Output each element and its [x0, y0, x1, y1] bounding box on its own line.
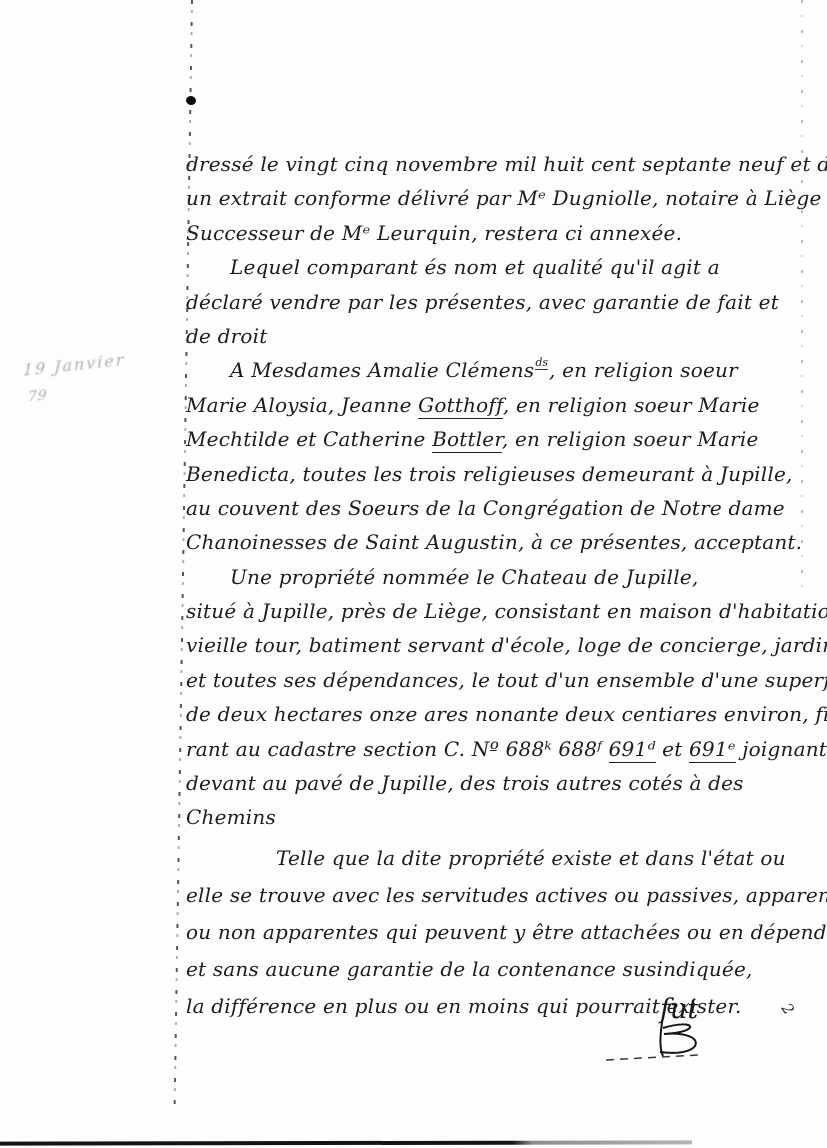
insertion-mark: ds — [535, 356, 548, 370]
manuscript-text: dressé le vingt cinq novembre mil huit c… — [186, 152, 806, 1031]
scanned-document-page: { "document": { "ink_color": "#1d1d1d", … — [0, 0, 827, 1148]
page-scan: 19 Janvier 79 dressé le vingt cinq novem… — [0, 0, 827, 1148]
text-line: Lequel comparant és nom et qualité qu'il… — [186, 255, 806, 289]
text-line: et sans aucune garantie de la contenance… — [186, 957, 806, 994]
scan-artifact-bottom — [0, 1140, 692, 1145]
text-line: dressé le vingt cinq novembre mil huit c… — [186, 152, 806, 186]
margin-note-line2: 79 — [28, 372, 192, 405]
text-line: Successeur de Mᵉ Leurquin, restera ci an… — [186, 221, 806, 255]
text-line: Marie Aloysia, Jeanne Gotthoff, en relig… — [186, 393, 806, 427]
text-line: Telle que la dite propriété existe et da… — [186, 846, 806, 883]
text-segment: joignant — [736, 737, 827, 761]
text-segment: , en religion soeur Marie — [503, 393, 760, 417]
text-line: déclaré vendre par les présentes, avec g… — [186, 290, 806, 324]
text-segment: et — [656, 737, 689, 761]
text-line: ou non apparentes qui peuvent y être att… — [186, 920, 806, 957]
underlined-name: Gotthoff — [418, 393, 503, 419]
text-line: Chemins — [186, 805, 806, 839]
text-line: de droit — [186, 324, 806, 358]
text-line: et toutes ses dépendances, le tout d'un … — [186, 668, 806, 702]
text-line: A Mesdames Amalie Clémensds, en religion… — [186, 358, 806, 392]
underlined-parcel: 691ᵈ — [609, 737, 656, 763]
text-segment: , en religion soeur — [549, 358, 738, 382]
underlined-parcel: 691ᵉ — [689, 737, 736, 763]
underlined-name: Bottler — [432, 427, 502, 453]
signature-paraph: fut — [598, 992, 758, 1078]
margin-note: 19 Janvier 79 — [22, 343, 193, 406]
text-line: rant au cadastre section C. Nº 688ᵏ 688ᶠ… — [186, 737, 806, 771]
text-line: Benedicta, toutes les trois religieuses … — [186, 462, 806, 496]
text-line: devant au pavé de Jupille, des trois aut… — [186, 771, 806, 805]
text-segment: Marie Aloysia, Jeanne — [186, 393, 418, 417]
text-segment: Mechtilde et Catherine — [186, 427, 432, 451]
text-line: de deux hectares onze ares nonante deux … — [186, 702, 806, 736]
text-line: un extrait conforme délivré par Mᵉ Dugni… — [186, 186, 806, 220]
text-line: Chanoinesses de Saint Augustin, à ce pré… — [186, 530, 806, 564]
text-line: situé à Jupille, près de Liège, consista… — [186, 599, 806, 633]
signature-block: fut — [598, 992, 758, 1078]
text-line: Mechtilde et Catherine Bottler, en relig… — [186, 427, 806, 461]
text-line: Une propriété nommée le Chateau de Jupil… — [186, 565, 806, 599]
text-line: elle se trouve avec les servitudes activ… — [186, 883, 806, 920]
text-line: vieille tour, batiment servant d'école, … — [186, 633, 806, 667]
text-segment: , en religion soeur Marie — [502, 427, 759, 451]
text-line: au couvent des Soeurs de la Congrégation… — [186, 496, 806, 530]
text-segment: rant au cadastre section C. Nº 688ᵏ 688ᶠ — [186, 737, 609, 761]
text-segment: A Mesdames Amalie Clémens — [230, 358, 534, 382]
ink-blot — [185, 95, 196, 106]
